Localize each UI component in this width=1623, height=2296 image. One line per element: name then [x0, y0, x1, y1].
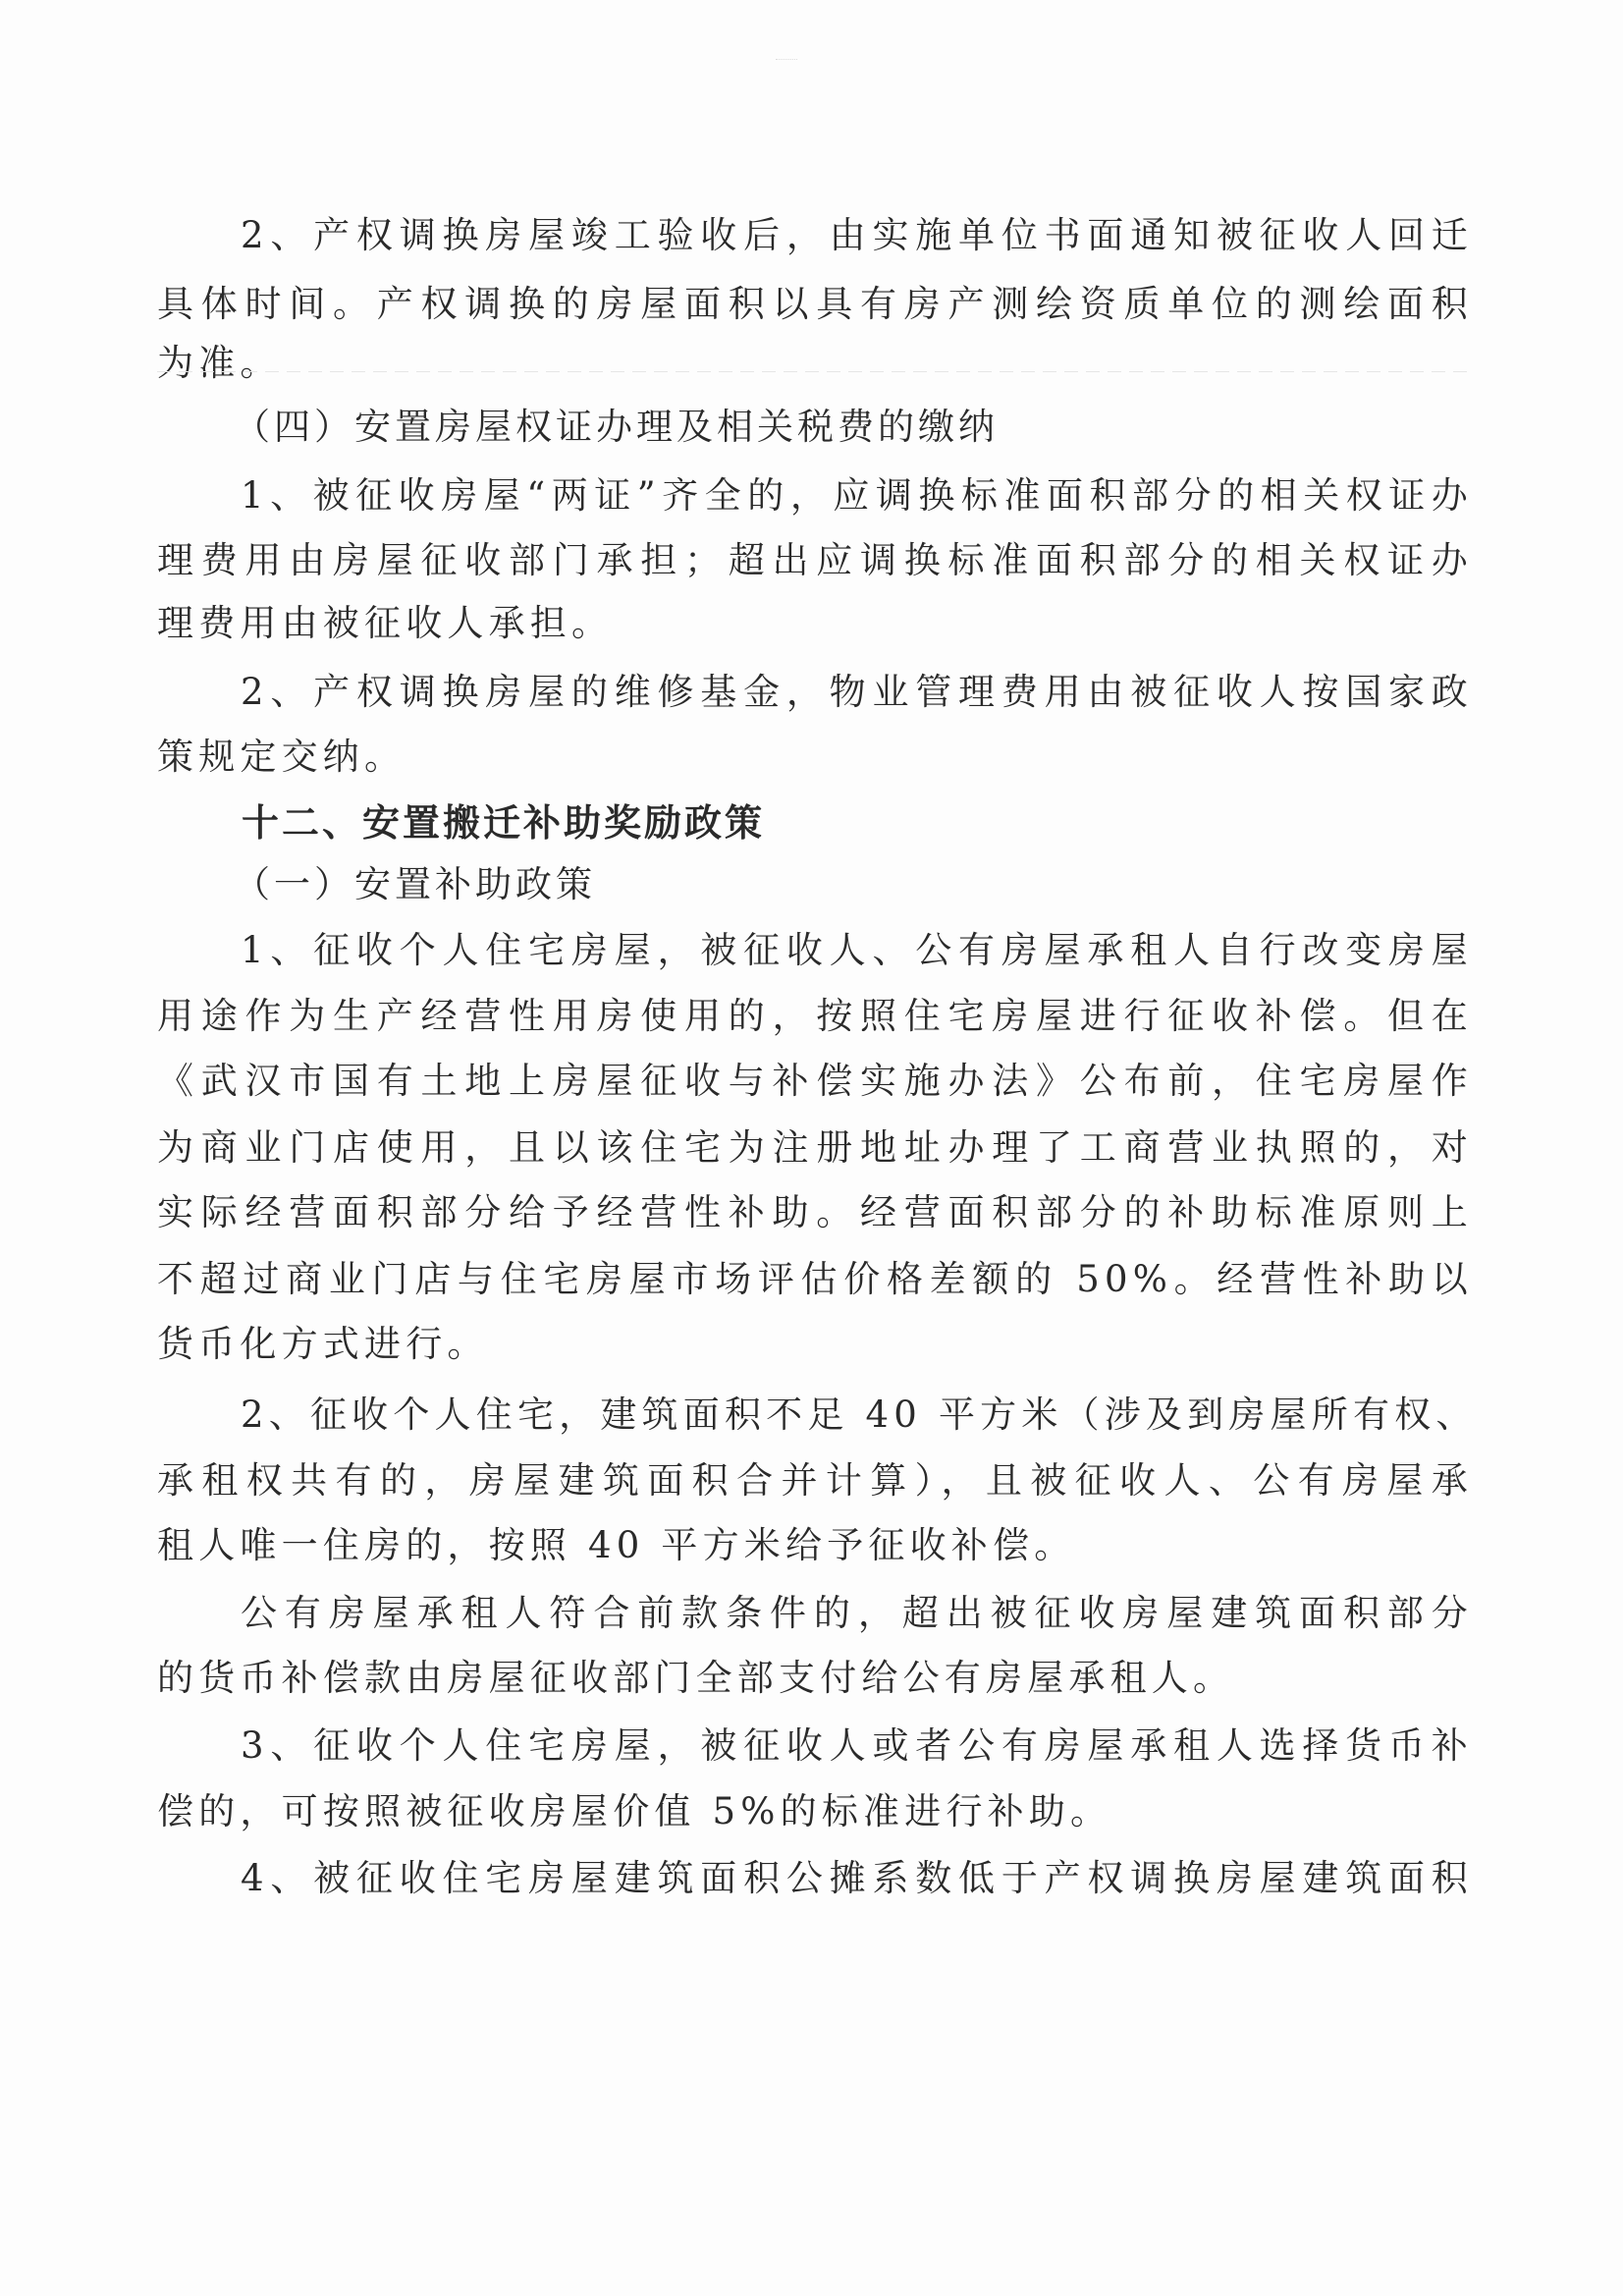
subsection-heading: （一）安置补助政策 — [234, 862, 1549, 907]
paragraph-line: 承租权共有的，房屋建筑面积合并计算），且被征收人、公有房屋承 — [157, 1458, 1473, 1503]
paragraph-line: 偿的，可按照被征收房屋价值 5%的标准进行补助。 — [157, 1789, 1473, 1834]
paragraph-line: 为准。 — [157, 341, 1473, 386]
paragraph-line: 4、被征收住宅房屋建筑面积公摊系数低于产权调换房屋建筑面积 — [241, 1856, 1473, 1901]
scan-artifact-rule — [157, 371, 1473, 372]
paragraph-line: 策规定交纳。 — [157, 735, 1473, 780]
paragraph-line: 的货币补偿款由房屋征收部门全部支付给公有房屋承租人。 — [157, 1656, 1473, 1701]
paragraph-line: 2、产权调换房屋的维修基金，物业管理费用由被征收人按国家政 — [241, 670, 1473, 715]
subsection-heading: （四）安置房屋权证办理及相关税费的缴纳 — [234, 405, 1549, 450]
paragraph-line: 《武汉市国有土地上房屋征收与补偿实施办法》公布前，住宅房屋作 — [157, 1059, 1473, 1104]
scan-artifact — [776, 59, 797, 70]
paragraph-line: 货币化方式进行。 — [157, 1322, 1473, 1367]
paragraph-line: 理费用由房屋征收部门承担；超出应调换标准面积部分的相关权证办 — [157, 538, 1473, 583]
paragraph-line: 租人唯一住房的，按照 40 平方米给予征收补偿。 — [157, 1523, 1473, 1568]
paragraph-line: 不超过商业门店与住宅房屋市场评估价格差额的 50%。经营性补助以 — [157, 1257, 1473, 1302]
paragraph-line: 理费用由被征收人承担。 — [157, 601, 1473, 646]
document-page: 2、产权调换房屋竣工验收后，由实施单位书面通知被征收人回迁 具体时间。产权调换的… — [0, 0, 1623, 2296]
paragraph-line: 实际经营面积部分给予经营性补助。经营面积部分的补助标准原则上 — [157, 1190, 1473, 1235]
paragraph-line: 公有房屋承租人符合前款条件的，超出被征收房屋建筑面积部分 — [241, 1591, 1473, 1636]
paragraph-line: 2、征收个人住宅，建筑面积不足 40 平方米（涉及到房屋所有权、 — [241, 1393, 1473, 1438]
paragraph-line: 3、征收个人住宅房屋，被征收人或者公有房屋承租人选择货币补 — [241, 1723, 1473, 1769]
paragraph-line: 1、被征收房屋“两证”齐全的，应调换标准面积部分的相关权证办 — [241, 473, 1473, 519]
section-heading: 十二、安置搬迁补助奖励政策 — [242, 800, 1557, 846]
paragraph-line: 具体时间。产权调换的房屋面积以具有房产测绘资质单位的测绘面积 — [157, 282, 1473, 327]
paragraph-line: 用途作为生产经营性用房使用的，按照住宅房屋进行征收补偿。但在 — [157, 994, 1473, 1039]
paragraph-line: 为商业门店使用，且以该住宅为注册地址办理了工商营业执照的，对 — [157, 1125, 1473, 1171]
paragraph-line: 2、产权调换房屋竣工验收后，由实施单位书面通知被征收人回迁 — [241, 213, 1473, 258]
paragraph-line: 1、征收个人住宅房屋，被征收人、公有房屋承租人自行改变房屋 — [241, 928, 1473, 973]
